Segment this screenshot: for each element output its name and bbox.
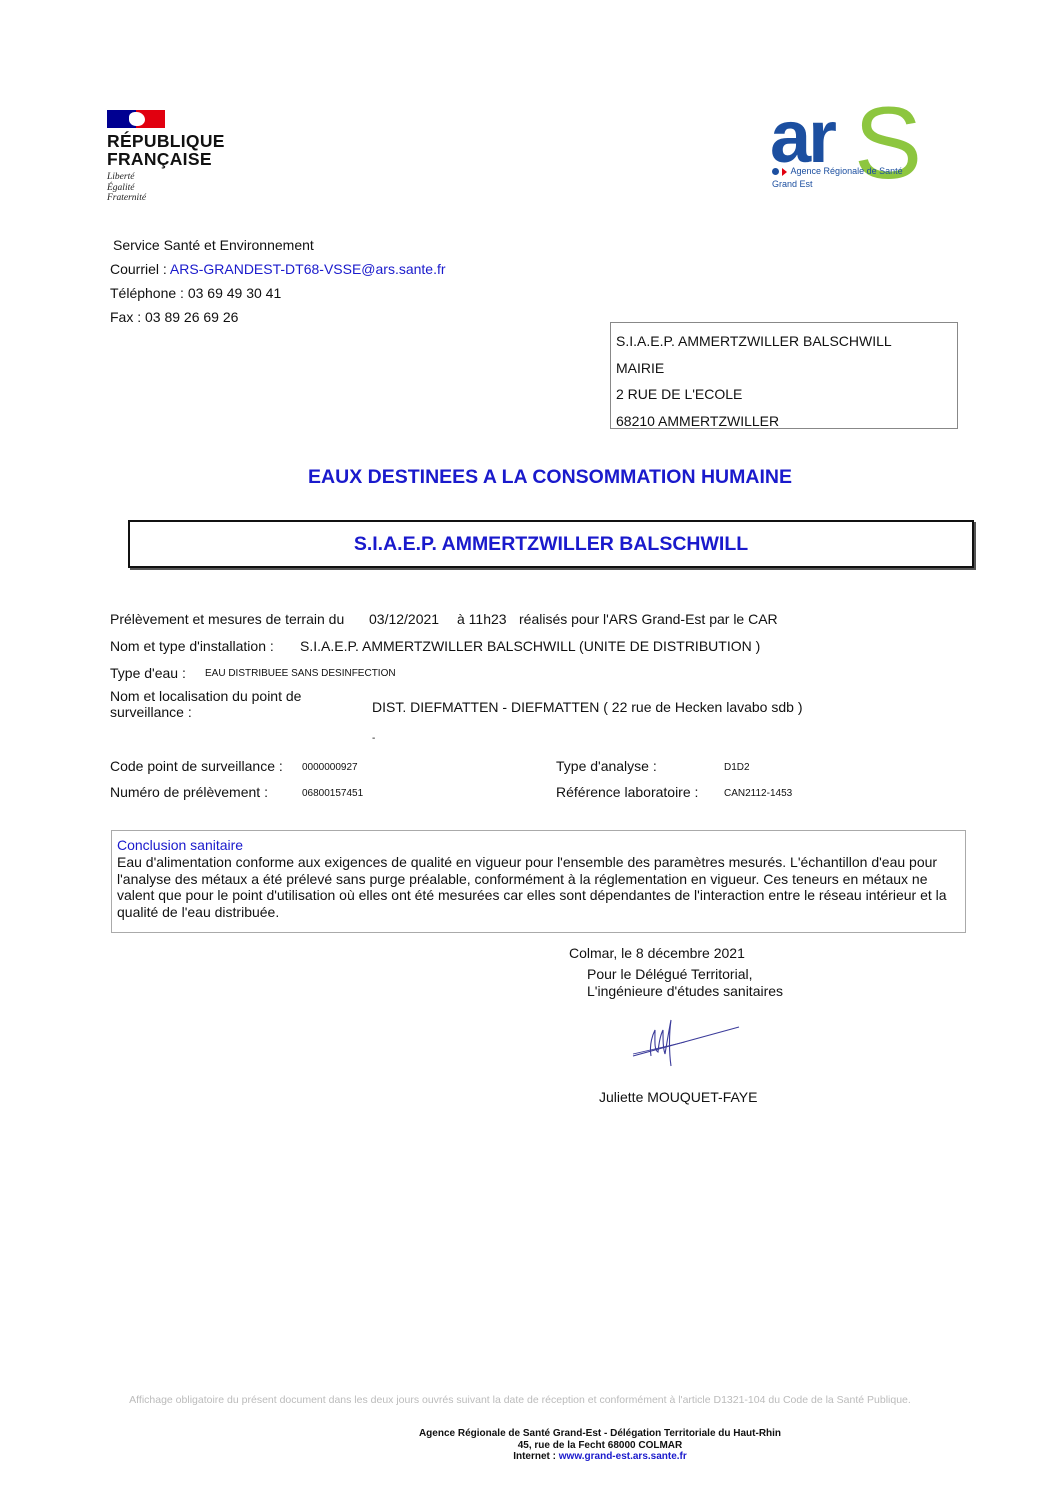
code-value: 0000000927 [302,762,358,773]
ars-logo-region: Grand Est [772,179,813,189]
signatory-role: Pour le Délégué Territorial, L'ingénieur… [587,966,783,1000]
place-date: Colmar, le 8 décembre 2021 [569,945,745,961]
blue-dot-icon [772,168,779,175]
water-type-label: Type d'eau : [110,665,186,681]
ars-logo-tagline: Agence Régionale de Santé [772,166,903,176]
installation-value: S.I.A.E.P. AMMERTZWILLER BALSCHWILL (UNI… [300,638,760,654]
lab-ref-label: Référence laboratoire : [556,784,698,800]
analysis-type-value: D1D2 [724,762,750,773]
footer-agency: Agence Régionale de Santé Grand-Est - Dé… [0,1428,1058,1440]
display-notice: Affichage obligatoire du présent documen… [0,1394,1040,1406]
conclusion-text: Eau d'alimentation conforme aux exigence… [117,854,960,920]
location-extra: - [372,733,375,744]
sampling-time: à 11h23 [457,611,507,627]
location-value: DIST. DIEFMATTEN - DIEFMATTEN ( 22 rue d… [372,699,802,715]
sampling-date: 03/12/2021 [369,611,439,627]
sender-email-link[interactable]: ARS-GRANDEST-DT68-VSSE@ars.sante.fr [170,261,446,277]
ars-logo-s: S [854,92,922,194]
lab-ref-value: CAN2112-1453 [724,788,792,799]
sampling-label: Prélèvement et mesures de terrain du [110,611,344,627]
recipient-line: MAIRIE [616,355,952,382]
recipient-line: 68210 AMMERTZWILLER [616,408,952,435]
sender-service: Service Santé et Environnement [110,233,446,257]
location-label: Nom et localisation du point de surveill… [110,688,301,720]
recipient-line: 2 RUE DE L'ECOLE [616,381,952,408]
recipient-address-box: S.I.A.E.P. AMMERTZWILLER BALSCHWILL MAIR… [610,322,958,429]
conclusion-title: Conclusion sanitaire [117,836,960,854]
red-arrow-icon [782,168,787,176]
conclusion-box: Conclusion sanitaire Eau d'alimentation … [111,830,966,933]
handwritten-signature-icon [625,1012,745,1072]
ars-logo-letters: ar [770,100,834,174]
water-type-value: EAU DISTRIBUEE SANS DESINFECTION [205,668,396,679]
sample-number-value: 06800157451 [302,788,363,799]
sampling-performed-by: réalisés pour l'ARS Grand-Est par le CAR [519,611,778,627]
sender-info: Service Santé et Environnement Courriel … [110,233,446,329]
sender-email-line: Courriel : ARS-GRANDEST-DT68-VSSE@ars.sa… [110,257,446,281]
sample-number-label: Numéro de prélèvement : [110,784,268,800]
document-title: EAUX DESTINEES A LA CONSOMMATION HUMAINE [0,466,1058,489]
footer-agency-info: Agence Régionale de Santé Grand-Est - Dé… [0,1428,1058,1463]
sender-fax: Fax : 03 89 26 69 26 [110,305,446,329]
installation-label: Nom et type d'installation : [110,638,274,654]
recipient-line: S.I.A.E.P. AMMERTZWILLER BALSCHWILL [616,328,952,355]
code-label: Code point de surveillance : [110,758,283,774]
marianne-flag-icon [107,110,165,128]
entity-title: S.I.A.E.P. AMMERTZWILLER BALSCHWILL [130,522,972,566]
republique-francaise-name: RÉPUBLIQUE FRANÇAISE [107,132,225,168]
analysis-type-label: Type d'analyse : [556,758,657,774]
signatory-name: Juliette MOUQUET-FAYE [599,1089,757,1105]
ars-logo: ar S Agence Régionale de Santé Grand Est [768,118,928,202]
entity-title-box: S.I.A.E.P. AMMERTZWILLER BALSCHWILL [128,520,974,568]
footer-internet: Internet : www.grand-est.ars.sante.fr [0,1451,1058,1463]
footer-address: 45, rue de la Fecht 68000 COLMAR [0,1440,1058,1452]
republique-motto: Liberté Égalité Fraternité [107,172,146,204]
footer-website-link[interactable]: www.grand-est.ars.sante.fr [559,1451,687,1462]
sender-phone: Téléphone : 03 69 49 30 41 [110,281,446,305]
